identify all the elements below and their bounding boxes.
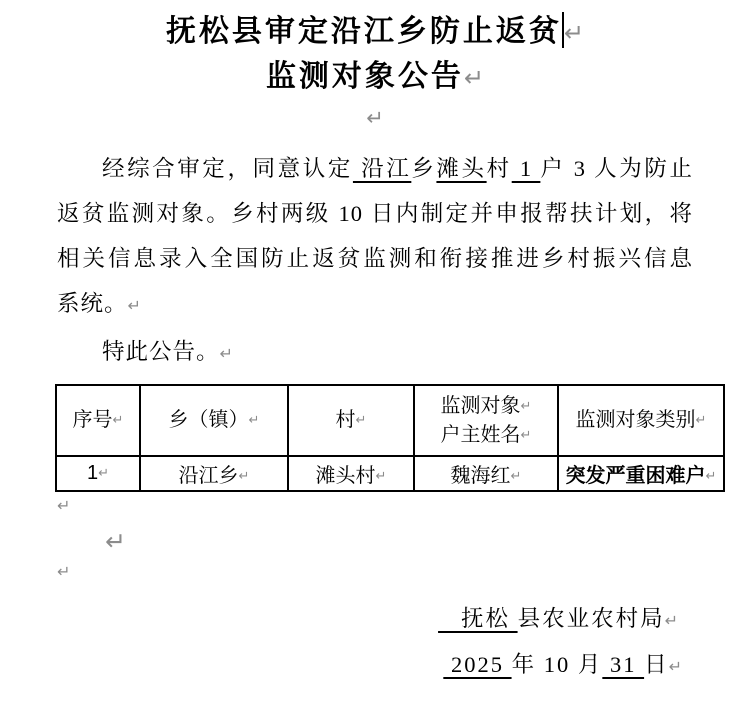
title-line-1-text: 抚松县审定沿江乡防止返贫 [166, 15, 562, 48]
doc-title[interactable]: 抚松县审定沿江乡防止返贫↵ 监测对象公告↵ [0, 0, 750, 100]
col-header-village[interactable]: 村↵ [288, 385, 414, 456]
underlined-blank-day: 31 [602, 652, 644, 677]
pilcrow-icon: ↵ [98, 466, 109, 481]
underlined-blank-village: 滩头 [436, 156, 486, 181]
body-line-2[interactable]: 返贫监测对象。乡村两级 10 日内制定并申报帮扶计划，将 [57, 191, 693, 236]
pilcrow-icon: ↵ [356, 413, 367, 428]
body-text: 返贫监测对象。乡村两级 10 日内制定并申报帮扶计划，将 [57, 201, 693, 226]
title-line-2[interactable]: 监测对象公告↵ [0, 55, 750, 100]
col-header-seq[interactable]: 序号↵ [56, 385, 140, 456]
underlined-blank-township: 沿江 [353, 156, 411, 181]
pilcrow-icon: ↵ [669, 657, 682, 676]
date-line[interactable]: 2025 年 10 月 31 日↵ [0, 648, 682, 684]
table-row: 1↵ 沿江乡↵ 滩头村↵ 魏海红↵ 突发严重困难户↵ [56, 456, 724, 491]
signature-text: 县农业农村局 [518, 606, 665, 631]
body-text: 系统。 [57, 291, 128, 316]
empty-paragraph-centered[interactable]: ↵ [0, 100, 750, 136]
header-text: 序号 [73, 409, 113, 431]
body-text: 乡 [411, 156, 436, 181]
pilcrow-icon: ↵ [220, 344, 233, 363]
pilcrow-icon: ↵ [521, 399, 532, 414]
pilcrow-icon: ↵ [128, 296, 141, 315]
underlined-blank-issuer: 抚松 [438, 606, 518, 631]
pilcrow-icon: ↵ [57, 496, 70, 515]
pilcrow-icon: ↵ [706, 469, 717, 484]
pilcrow-icon: ↵ [249, 413, 260, 428]
body-text: 经综合审定，同意认定 [102, 156, 353, 181]
pilcrow-icon: ↵ [239, 469, 250, 484]
pilcrow-icon: ↵ [376, 469, 387, 484]
body-line-3[interactable]: 相关信息录入全国防止返贫监测和衔接推进乡村振兴信息 [57, 236, 693, 281]
body-text: 相关信息录入全国防止返贫监测和衔接推进乡村振兴信息 [57, 246, 693, 271]
cell-category[interactable]: 突发严重困难户↵ [558, 456, 724, 491]
date-text: 年 10 月 [512, 652, 603, 677]
pilcrow-icon: ↵ [521, 428, 532, 443]
cell-text: 沿江乡 [179, 465, 239, 487]
cell-text: 突发严重困难户 [566, 465, 706, 487]
pilcrow-icon: ↵ [366, 106, 384, 130]
cell-text: 魏海红 [451, 465, 511, 487]
pilcrow-icon: ↵ [696, 413, 707, 428]
notice-line[interactable]: 特此公告。↵ [57, 334, 693, 372]
empty-paragraph[interactable]: ↵ [57, 561, 750, 584]
empty-paragraph[interactable]: ↵ [57, 495, 750, 518]
underlined-blank-households: 1 [512, 156, 541, 181]
underlined-blank-year: 2025 [443, 652, 511, 677]
empty-paragraph[interactable]: ↵ [105, 527, 750, 558]
header-line: 监测对象↵ [415, 392, 557, 421]
header-text: 乡（镇） [169, 409, 249, 431]
col-header-category[interactable]: 监测对象类别↵ [558, 385, 724, 456]
pilcrow-icon: ↵ [564, 19, 584, 47]
monitor-table: 序号↵ 乡（镇）↵ 村↵ 监测对象↵ 户主姓名↵ 监测对象类别↵ 1↵ 沿江乡↵… [55, 384, 725, 492]
cell-text: 1 [87, 462, 98, 484]
table-header-row: 序号↵ 乡（镇）↵ 村↵ 监测对象↵ 户主姓名↵ 监测对象类别↵ [56, 385, 724, 456]
document-page[interactable]: 抚松县审定沿江乡防止返贫↵ 监测对象公告↵ ↵ 经综合审定，同意认定 沿江乡滩头… [0, 0, 750, 728]
header-text: 户主姓名 [441, 424, 521, 446]
body-paragraph[interactable]: 经综合审定，同意认定 沿江乡滩头村 1 户 3 人为防止 返贫监测对象。乡村两级… [57, 146, 693, 328]
cell-householder[interactable]: 魏海红↵ [414, 456, 558, 491]
header-line: 户主姓名↵ [415, 421, 557, 450]
cell-seq[interactable]: 1↵ [56, 456, 140, 491]
empty-paragraphs: ↵ ↵ ↵ [57, 495, 750, 584]
body-text: 户 3 人为防止 [540, 156, 693, 181]
title-line-1[interactable]: 抚松县审定沿江乡防止返贫↵ [0, 10, 750, 55]
notice-text: 特此公告。 [102, 339, 220, 364]
col-header-township[interactable]: 乡（镇）↵ [140, 385, 288, 456]
title-line-2-text: 监测对象公告 [266, 60, 464, 93]
signature-line[interactable]: 抚松 县农业农村局↵ [0, 602, 678, 638]
header-text: 监测对象 [441, 395, 521, 417]
pilcrow-icon: ↵ [113, 413, 124, 428]
pilcrow-icon: ↵ [57, 562, 70, 581]
pilcrow-icon: ↵ [511, 469, 522, 484]
body-line-4[interactable]: 系统。↵ [57, 281, 693, 328]
pilcrow-icon: ↵ [105, 527, 126, 556]
body-text: 村 [487, 156, 512, 181]
pilcrow-icon: ↵ [665, 611, 678, 630]
cell-text: 滩头村 [316, 465, 376, 487]
date-text: 日 [644, 652, 669, 677]
cell-township[interactable]: 沿江乡↵ [140, 456, 288, 491]
pilcrow-icon: ↵ [464, 64, 484, 92]
body-line-1[interactable]: 经综合审定，同意认定 沿江乡滩头村 1 户 3 人为防止 [57, 146, 693, 191]
cell-village[interactable]: 滩头村↵ [288, 456, 414, 491]
header-text: 监测对象类别 [576, 409, 696, 431]
header-text: 村 [336, 409, 356, 431]
col-header-householder[interactable]: 监测对象↵ 户主姓名↵ [414, 385, 558, 456]
